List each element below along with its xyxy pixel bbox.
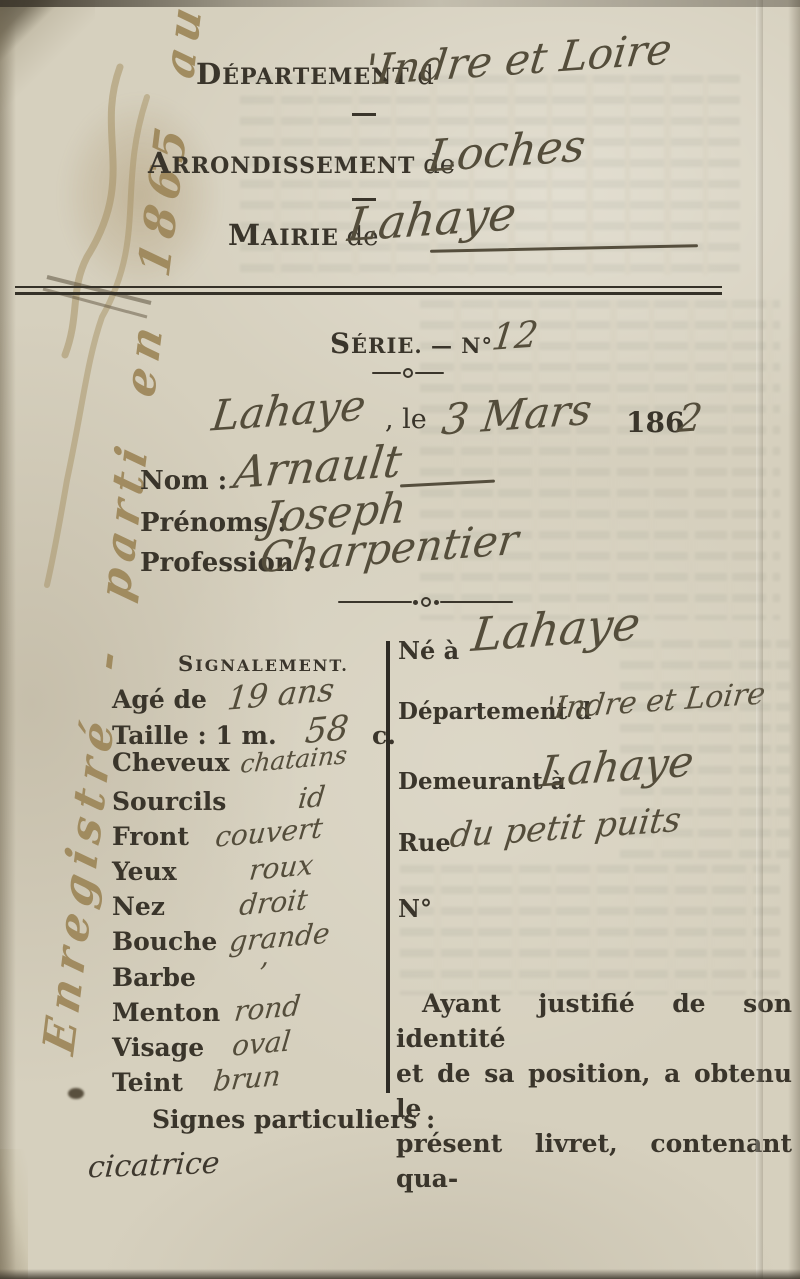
dateline-year-digit: 2 (675, 395, 705, 441)
row-label: Teint (112, 1068, 183, 1097)
signalement-row-nez: Nez droit (112, 889, 412, 924)
serie-label-text: Série. — N° (330, 327, 493, 360)
page-edge-bottom (0, 1269, 800, 1279)
column-divider-rule (386, 641, 390, 1093)
row-label: Sourcils (112, 787, 226, 816)
rue-value: du petit puits (448, 800, 683, 857)
row-label: Yeux (112, 857, 177, 886)
row-value-handwritten: roux (247, 848, 314, 887)
mairie-value: Lahaye (345, 186, 520, 252)
serie-label: Série. — N° (330, 327, 493, 360)
row-label: Menton (112, 998, 220, 1027)
departement-right-value: 'Indre et Loire (544, 676, 767, 727)
signalement-row-bouche: Bouche grande (112, 924, 412, 959)
nom-underline-flourish (400, 480, 495, 488)
serie-number: 12 (490, 314, 541, 359)
row-label: Cheveux (112, 748, 230, 777)
row-label: Visage (112, 1033, 204, 1062)
row-label: Front (112, 822, 189, 851)
vertical-crease (756, 0, 763, 1279)
ornament-divider-small (372, 368, 444, 378)
mairie-underline-flourish (430, 244, 698, 253)
row-value-handwritten: rond (233, 989, 302, 1028)
rue-label: Rue (398, 828, 451, 857)
departement-value: 'Indre et Loire (362, 24, 674, 95)
row-value-handwritten: droit (238, 883, 310, 922)
dateline-day-month: 3 Mars (439, 385, 594, 445)
row-value-handwritten: oval (231, 1024, 293, 1063)
arrondissement-row: Arrondissement de (148, 146, 455, 180)
row-label: Taille : 1 m. (112, 721, 277, 750)
signalement-row-yeux: Yeux roux (112, 854, 412, 889)
ornament-divider-large (338, 597, 513, 607)
signalement-row-front: Front couvert (112, 819, 412, 854)
scanned-livret-page: Enregistré - parti en 1865 au Départemen… (0, 0, 800, 1279)
page-edge-right (788, 0, 800, 1279)
paragraph-line-3: présent livret, contenant qua- (396, 1126, 792, 1196)
signalement-row-barbe: Barbe ’ (112, 960, 412, 995)
signes-particuliers-value: cicatrice (87, 1146, 221, 1186)
row-value-handwritten: grande (228, 917, 332, 959)
arrondissement-value: Loches (425, 120, 588, 183)
row-label: Barbe (112, 963, 196, 992)
page-edge-top (0, 0, 800, 7)
section-dash-1 (352, 113, 376, 116)
ne-a-label: Né à (398, 636, 459, 665)
row-suffix: c. (372, 721, 396, 750)
signes-particuliers-label: Signes particuliers : (152, 1105, 435, 1134)
signalement-row-age: Agé de 19 ans (112, 678, 412, 713)
signalement-row-taille: Taille : 1 m. 58 c. (112, 713, 412, 748)
dateline-place: Lahaye (209, 380, 368, 440)
signalement-row-menton: Menton rond (112, 995, 412, 1030)
ink-dot (68, 1088, 84, 1099)
row-value-handwritten: ’ (256, 956, 268, 990)
row-value-handwritten: id (297, 779, 327, 815)
signalement-row-teint: Teint brun (112, 1065, 412, 1100)
row-label: Bouche (112, 927, 217, 956)
row-label: Nez (112, 892, 165, 921)
signalement-table: Agé de 19 ans Taille : 1 m. 58 c. Cheveu… (112, 678, 412, 1100)
arrondissement-label: Arrondissement (148, 146, 415, 180)
demeurant-value: Lahaye (537, 736, 696, 796)
page-edge-left (0, 0, 16, 1279)
paragraph-line-1: Ayant justifié de son identité (396, 986, 792, 1056)
row-label: Agé de (112, 685, 207, 714)
dateline-le: , le (385, 404, 427, 435)
nom-label: Nom : (140, 466, 227, 496)
signalement-row-sourcils: Sourcils id (112, 784, 412, 819)
row-value-handwritten: brun (212, 1059, 283, 1098)
granted-paragraph: Ayant justifié de son identité et de sa … (396, 986, 792, 1196)
double-rule (15, 286, 722, 295)
ne-a-value: Lahaye (469, 596, 644, 662)
numero-label: N° (398, 894, 432, 923)
showthrough-text-bottom (400, 865, 780, 995)
paragraph-line-2: et de sa position, a obtenu le (396, 1056, 792, 1126)
signalement-row-cheveux: Cheveux chatains (112, 748, 412, 783)
mairie-label: Mairie (228, 218, 339, 252)
